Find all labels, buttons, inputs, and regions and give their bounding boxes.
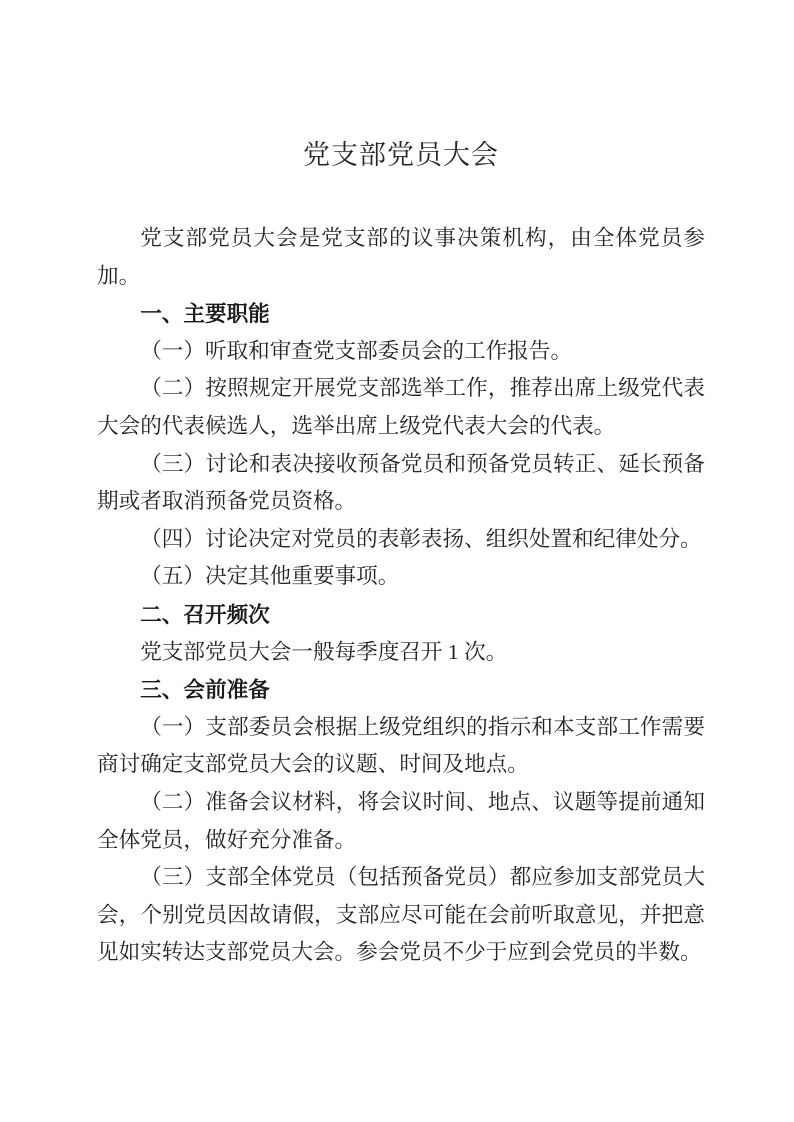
main-functions-item-2: （二）按照规定开展党支部选举工作，推荐出席上级党代表大会的代表候选人，选举出席上… <box>97 370 705 445</box>
document-page: 党支部党员大会 党支部党员大会是党支部的议事决策机构，由全体党员参加。 一、主要… <box>0 0 794 1122</box>
main-functions-item-4: （四）讨论决定对党员的表彰表扬、组织处置和纪律处分。 <box>97 521 705 559</box>
document-title: 党支部党员大会 <box>97 139 705 171</box>
section-heading-main-functions: 一、主要职能 <box>97 295 705 333</box>
main-functions-item-1: （一）听取和审查党支部委员会的工作报告。 <box>97 333 705 371</box>
section-heading-pre-meeting-preparation: 三、会前准备 <box>97 671 705 709</box>
section-heading-meeting-frequency: 二、召开频次 <box>97 596 705 634</box>
main-functions-item-5: （五）决定其他重要事项。 <box>97 558 705 596</box>
pre-meeting-preparation-item-2: （二）准备会议材料，将会议时间、地点、议题等提前通知全体党员，做好充分准备。 <box>97 784 705 859</box>
main-functions-item-3: （三）讨论和表决接收预备党员和预备党员转正、延长预备期或者取消预备党员资格。 <box>97 446 705 521</box>
pre-meeting-preparation-item-1: （一）支部委员会根据上级党组织的指示和本支部工作需要商讨确定支部党员大会的议题、… <box>97 709 705 784</box>
intro-paragraph: 党支部党员大会是党支部的议事决策机构，由全体党员参加。 <box>97 220 705 295</box>
meeting-frequency-item-1: 党支部党员大会一般每季度召开 1 次。 <box>97 634 705 672</box>
pre-meeting-preparation-item-3: （三）支部全体党员（包括预备党员）都应参加支部党员大会，个别党员因故请假，支部应… <box>97 859 705 972</box>
